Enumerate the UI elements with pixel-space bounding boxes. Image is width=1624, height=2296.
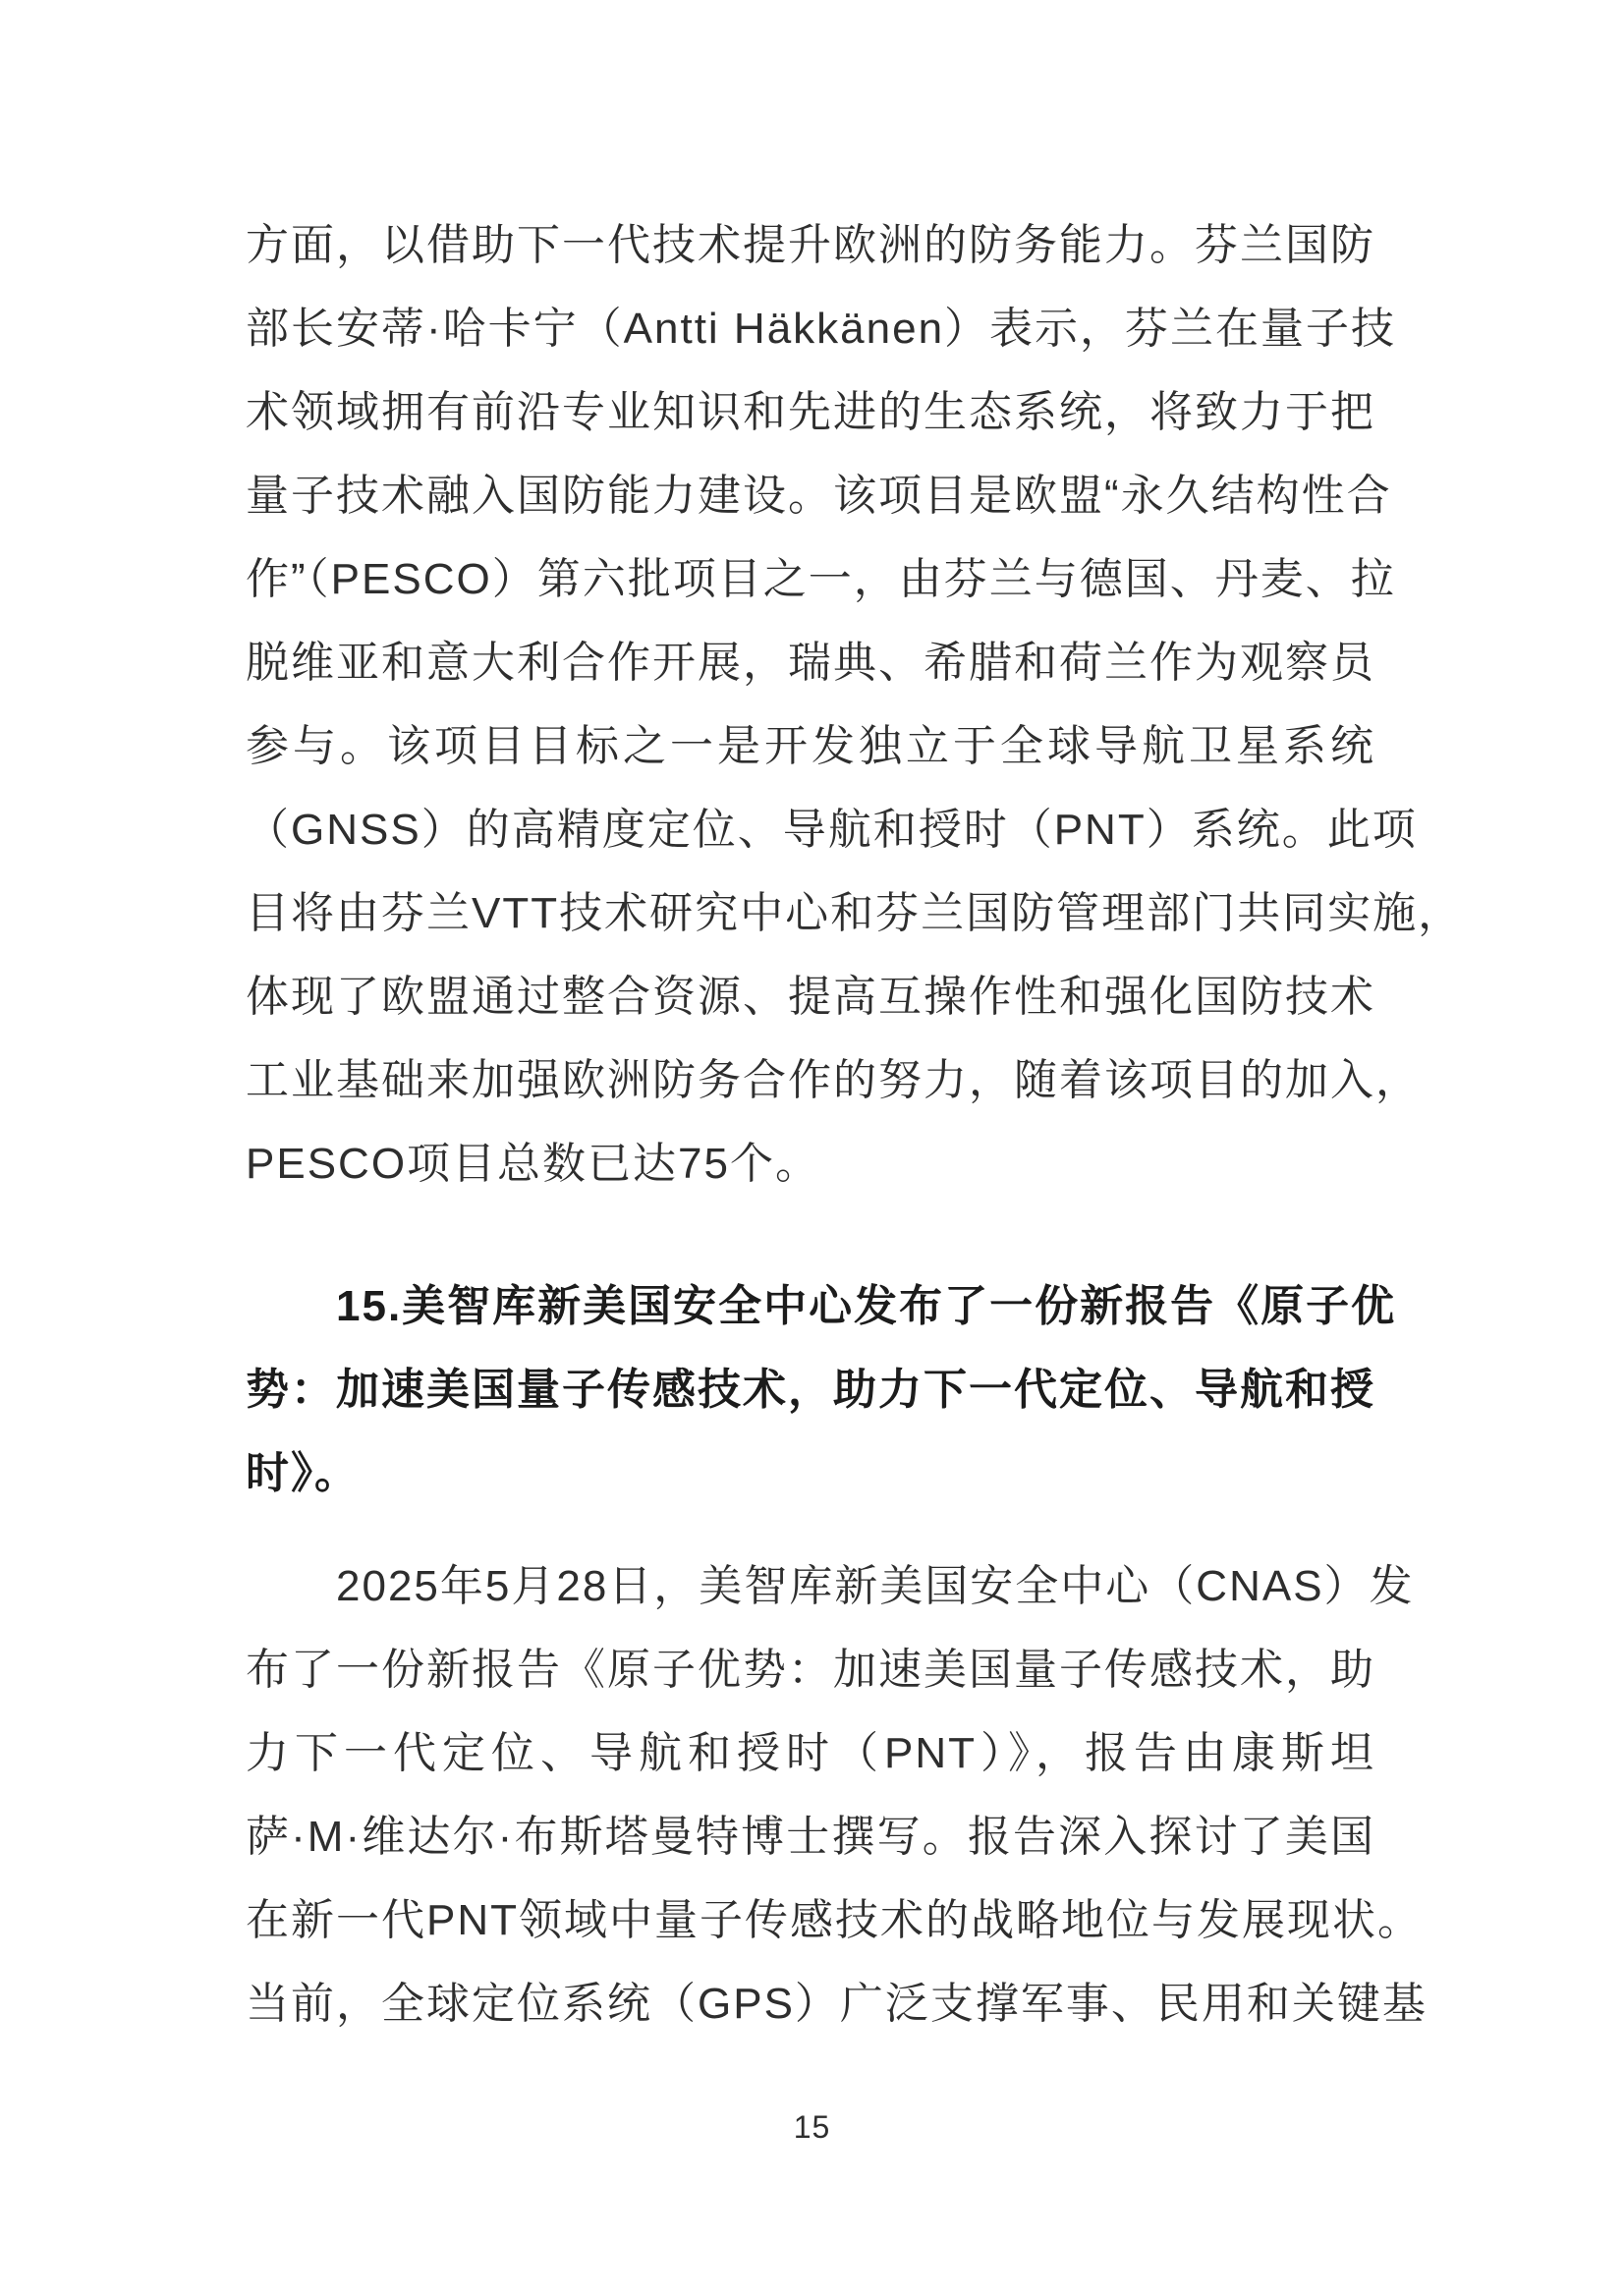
text-line: 工业基础来加强欧洲防务合作的努力，随着该项目的加入， [246, 1038, 1375, 1122]
text-line: 体现了欧盟通过整合资源、提高互操作性和强化国防技术 [246, 955, 1375, 1038]
text-line: 势：加速美国量子传感技术，助力下一代定位、导航和授 [246, 1348, 1375, 1431]
page-number: 15 [0, 2105, 1624, 2149]
body-paragraph: 2025年5月28日，美智库新美国安全中心（CNAS）发布了一份新报告《原子优势… [246, 1544, 1375, 2045]
text-line: 脱维亚和意大利合作开展，瑞典、希腊和荷兰作为观察员 [246, 621, 1375, 704]
document-body: 方面，以借助下一代技术提升欧洲的防务能力。芬兰国防部长安蒂·哈卡宁（Antti … [246, 203, 1375, 2045]
text-line: （GNSS）的高精度定位、导航和授时（PNT）系统。此项 [246, 788, 1375, 871]
text-line: 量子技术融入国防能力建设。该项目是欧盟“永久结构性合 [246, 454, 1375, 537]
section-heading: 15.美智库新美国安全中心发布了一份新报告《原子优势：加速美国量子传感技术，助力… [246, 1264, 1375, 1515]
text-line: PESCO项目总数已达75个。 [246, 1122, 1375, 1205]
body-paragraph: 方面，以借助下一代技术提升欧洲的防务能力。芬兰国防部长安蒂·哈卡宁（Antti … [246, 203, 1375, 1205]
document-page: 方面，以借助下一代技术提升欧洲的防务能力。芬兰国防部长安蒂·哈卡宁（Antti … [0, 0, 1624, 2296]
text-line: 力下一代定位、导航和授时（PNT）》，报告由康斯坦 [246, 1711, 1375, 1795]
text-line: 2025年5月28日，美智库新美国安全中心（CNAS）发 [246, 1544, 1375, 1628]
text-line: 目将由芬兰VTT技术研究中心和芬兰国防管理部门共同实施， [246, 871, 1375, 955]
text-line: 参与。该项目目标之一是开发独立于全球导航卫星系统 [246, 704, 1375, 788]
text-line: 萨·M·维达尔·布斯塔曼特博士撰写。报告深入探讨了美国 [246, 1795, 1375, 1878]
text-line: 在新一代PNT领域中量子传感技术的战略地位与发展现状。 [246, 1878, 1375, 1962]
text-line: 术领域拥有前沿专业知识和先进的生态系统，将致力于把 [246, 370, 1375, 454]
text-line: 布了一份新报告《原子优势：加速美国量子传感技术，助 [246, 1628, 1375, 1711]
text-line: 作”（PESCO）第六批项目之一，由芬兰与德国、丹麦、拉 [246, 537, 1375, 621]
text-line: 15.美智库新美国安全中心发布了一份新报告《原子优 [246, 1264, 1375, 1348]
text-line: 部长安蒂·哈卡宁（Antti Häkkänen）表示，芬兰在量子技 [246, 287, 1375, 370]
text-line: 方面，以借助下一代技术提升欧洲的防务能力。芬兰国防 [246, 203, 1375, 287]
text-line: 时》。 [246, 1431, 1375, 1515]
text-line: 当前，全球定位系统（GPS）广泛支撑军事、民用和关键基 [246, 1962, 1375, 2045]
